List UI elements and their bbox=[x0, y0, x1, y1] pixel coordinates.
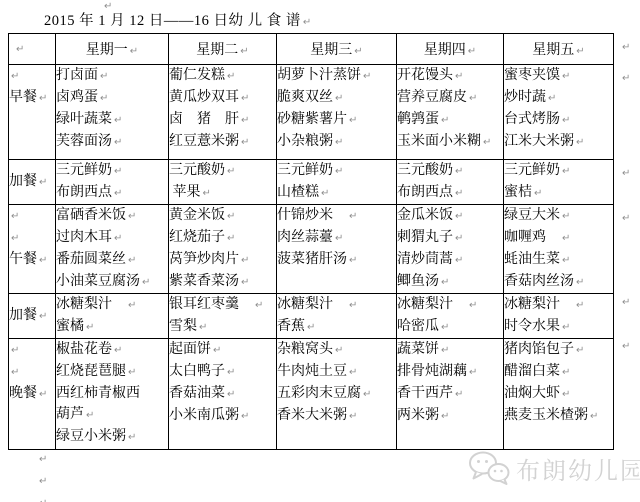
menu-line: 布朗西点↵ bbox=[397, 182, 503, 204]
watermark: 布朗幼儿园 bbox=[468, 450, 640, 486]
row-end-mark: ↵ bbox=[622, 42, 630, 53]
paragraph-mark: ↵ bbox=[227, 233, 235, 244]
menu-line-text: 蜜桔 bbox=[504, 185, 532, 200]
day-header-5: 星期五↵ bbox=[504, 34, 614, 65]
menu-line: 椒盐花卷↵ bbox=[56, 339, 168, 361]
menu-line: 卤鸡蛋↵ bbox=[56, 87, 168, 109]
menu-cell-breakfast-day2: 葡仁发糕↵黄瓜炒双耳↵卤 猪 肝↵红豆薏米粥↵ bbox=[169, 65, 277, 160]
paragraph-mark: ↵ bbox=[241, 277, 249, 288]
menu-line: 炒时蔬↵ bbox=[504, 87, 613, 109]
menu-cell-afternoon-snack-day3: 冰糖梨汁 ↵香蕉↵ bbox=[277, 294, 397, 339]
menu-line: 芙蓉面汤↵ bbox=[56, 131, 168, 153]
menu-line-text: 莴笋炒肉片 bbox=[169, 252, 239, 267]
paragraph-mark: ↵ bbox=[16, 44, 24, 55]
menu-line-text: 小杂粮粥 bbox=[277, 134, 333, 149]
paragraph-mark: ↵ bbox=[114, 137, 122, 148]
menu-line: 蜜橘↵ bbox=[56, 316, 168, 338]
menu-line: ↵ bbox=[9, 339, 55, 361]
paragraph-mark: ↵ bbox=[241, 411, 249, 422]
menu-line: 蜜桔↵ bbox=[504, 182, 613, 204]
paragraph-mark: ↵ bbox=[213, 345, 221, 356]
menu-cell-afternoon-snack-day5: 冰糖梨汁 ↵时令水果↵ bbox=[504, 294, 614, 339]
menu-line: 银耳红枣羹 ↵ bbox=[169, 294, 276, 316]
menu-line-text: 香干西芹 bbox=[397, 386, 453, 401]
menu-cell-lunch-day3: 什锦炒米 ↵肉丝蒜薹↵菠菜猪肝汤↵ bbox=[277, 205, 397, 294]
menu-line: 什锦炒米 ↵ bbox=[277, 205, 396, 227]
menu-line: 绿豆大米↵ bbox=[504, 205, 613, 227]
paragraph-mark: ↵ bbox=[86, 322, 94, 333]
menu-line-text: 黄金米饭 bbox=[169, 208, 225, 223]
meal-label-afternoon-snack: 加餐↵ bbox=[9, 294, 56, 339]
paragraph-mark: ↵ bbox=[114, 166, 122, 177]
menu-table-header: ↵星期一↵星期二↵星期三↵星期四↵星期五↵ bbox=[9, 34, 614, 65]
menu-line: 时令水果↵ bbox=[504, 316, 613, 338]
menu-line-text: 过肉木耳 bbox=[56, 230, 112, 245]
menu-line: 香菇油菜↵ bbox=[169, 383, 276, 405]
menu-line: 冰糖梨汁 ↵ bbox=[56, 294, 168, 316]
paragraph-mark: ↵ bbox=[227, 389, 235, 400]
row-end-mark: ↵ bbox=[622, 341, 630, 352]
menu-line: 早餐↵ bbox=[9, 87, 55, 109]
menu-line: 三元鲜奶↵ bbox=[277, 160, 396, 182]
menu-line-text: 加餐 bbox=[9, 308, 37, 323]
meal-label-breakfast: ↵早餐↵ bbox=[9, 65, 56, 160]
menu-cell-breakfast-day4: 开花馒头↵营养豆腐皮↵鹌鹑蛋↵玉米面小米糊↵ bbox=[397, 65, 504, 160]
paragraph-mark: ↵ bbox=[241, 137, 249, 148]
menu-table-body: ↵早餐↵打卤面↵卤鸡蛋↵绿叶蔬菜↵芙蓉面汤↵葡仁发糕↵黄瓜炒双耳↵卤 猪 肝↵红… bbox=[9, 65, 614, 450]
menu-line-text: 卤鸡蛋 bbox=[56, 90, 98, 105]
menu-cell-lunch-day2: 黄金米饭↵红烧茄子↵莴笋炒肉片↵紫菜香菜汤↵ bbox=[169, 205, 277, 294]
paragraph-mark: ↵ bbox=[562, 166, 570, 177]
paragraph-mark: ↵ bbox=[441, 411, 449, 422]
menu-line: 莴笋炒肉片↵ bbox=[169, 249, 276, 271]
menu-line: 哈密瓜↵ bbox=[397, 316, 503, 338]
paragraph-mark: ↵ bbox=[100, 93, 108, 104]
menu-cell-morning-snack-day5: 三元鲜奶↵蜜桔↵ bbox=[504, 160, 614, 205]
paragraph-mark: ↵ bbox=[469, 367, 477, 378]
paragraph-mark: ↵ bbox=[562, 389, 570, 400]
paragraph-mark: ↵ bbox=[227, 71, 235, 82]
paragraph-mark: ↵ bbox=[335, 166, 343, 177]
menu-line-text: 绿豆大米 bbox=[504, 208, 560, 223]
menu-line: ↵ bbox=[9, 205, 55, 227]
menu-line-text: 打卤面 bbox=[56, 68, 98, 83]
menu-line: 红烧琵琶腿↵ bbox=[56, 361, 168, 383]
paragraph-mark: ↵ bbox=[455, 389, 463, 400]
menu-line: 小杂粮粥↵ bbox=[277, 131, 396, 153]
paragraph-mark: ↵ bbox=[114, 233, 122, 244]
menu-line-text: 猪肉馅包子 bbox=[504, 342, 574, 357]
paragraph-mark: ↵ bbox=[349, 411, 357, 422]
paragraph-mark: ↵ bbox=[562, 233, 570, 244]
paragraph-mark: ↵ bbox=[86, 410, 94, 421]
day-header-1: 星期一↵ bbox=[56, 34, 169, 65]
meal-row-afternoon-snack: 加餐↵冰糖梨汁 ↵蜜橘↵银耳红枣羹 ↵雪梨↵冰糖梨汁 ↵香蕉↵冰糖梨汁 ↵哈密瓜… bbox=[9, 294, 614, 339]
menu-line-text: 玉米面小米糊 bbox=[397, 134, 481, 149]
menu-line: 紫菜香菜汤↵ bbox=[169, 271, 276, 293]
menu-cell-morning-snack-day1: 三元鲜奶↵布朗西点↵ bbox=[56, 160, 169, 205]
menu-cell-dinner-day1: 椒盐花卷↵红烧琵琶腿↵西红柿青椒西葫芦↵绿豆小米粥↵ bbox=[56, 339, 169, 450]
paragraph-mark: ↵ bbox=[562, 367, 570, 378]
paragraph-mark: ↵ bbox=[562, 115, 570, 126]
paragraph-mark: ↵ bbox=[455, 166, 463, 177]
paragraph-mark: ↵ bbox=[11, 367, 19, 378]
menu-line: ↵ bbox=[9, 65, 55, 87]
menu-line-text: 时令水果 bbox=[504, 319, 560, 334]
paragraph-mark: ↵ bbox=[100, 71, 108, 82]
paragraph-mark: ↵ bbox=[128, 255, 136, 266]
menu-line-text: 醋溜白菜 bbox=[504, 364, 560, 379]
meal-row-lunch: ↵↵午餐↵富硒香米饭↵过肉木耳↵番茄圆菜丝↵小油菜豆腐汤↵黄金米饭↵红烧茄子↵莴… bbox=[9, 205, 614, 294]
paragraph-mark: ↵ bbox=[468, 46, 476, 57]
menu-line: 蔬菜饼↵ bbox=[397, 339, 503, 361]
menu-line-text: 三元酸奶 bbox=[169, 163, 225, 178]
menu-line-text: 午餐 bbox=[9, 252, 37, 267]
menu-line: 开花馒头↵ bbox=[397, 65, 503, 87]
paragraph-mark: ↵ bbox=[227, 211, 235, 222]
menu-line: 冰糖梨汁 ↵ bbox=[504, 294, 613, 316]
menu-line: 西红柿青椒西 bbox=[56, 383, 168, 404]
menu-line-text: 富硒香米饭 bbox=[56, 208, 126, 223]
paragraph-mark: ↵ bbox=[241, 93, 249, 104]
menu-line: 黄金米饭↵ bbox=[169, 205, 276, 227]
day-header-row: ↵星期一↵星期二↵星期三↵星期四↵星期五↵ bbox=[9, 34, 614, 65]
row-end-mark: ↵ bbox=[622, 168, 630, 179]
menu-line: 排骨炖湖藕↵ bbox=[397, 361, 503, 383]
paragraph-mark: ↵ bbox=[128, 300, 136, 311]
menu-line: 加餐↵ bbox=[9, 305, 55, 327]
menu-line: 小米南瓜粥↵ bbox=[169, 405, 276, 427]
watermark-text: 布朗幼儿园 bbox=[516, 451, 640, 486]
menu-line: 冰糖梨汁 ↵ bbox=[397, 294, 503, 316]
paragraph-mark: ↵ bbox=[335, 345, 343, 356]
menu-line-text: 红烧茄子 bbox=[169, 230, 225, 245]
menu-line-text: 清炒茼蒿 bbox=[397, 252, 453, 267]
day-header-3: 星期三↵ bbox=[277, 34, 397, 65]
menu-line: 玉米面小米糊↵ bbox=[397, 131, 503, 153]
menu-line-text: 蔬菜饼 bbox=[397, 342, 439, 357]
paragraph-mark: ↵ bbox=[349, 367, 357, 378]
paragraph-mark: ↵ bbox=[335, 137, 343, 148]
paragraph-mark: ↵ bbox=[455, 188, 463, 199]
menu-line: 清炒茼蒿↵ bbox=[397, 249, 503, 271]
menu-cell-morning-snack-day4: 三元酸奶↵布朗西点↵ bbox=[397, 160, 504, 205]
menu-line-text: 开花馒头 bbox=[397, 68, 453, 83]
menu-line: 猪肉馅包子↵ bbox=[504, 339, 613, 361]
menu-line-text: 西红柿青椒西 bbox=[56, 386, 140, 401]
menu-line: 杂粮窝头↵ bbox=[277, 339, 396, 361]
paragraph-mark: ↵ bbox=[576, 46, 584, 57]
menu-line: 雪梨↵ bbox=[169, 316, 276, 338]
menu-line: 香蕉↵ bbox=[277, 316, 396, 338]
menu-line: 加餐↵ bbox=[9, 171, 55, 193]
menu-line-text: 绿叶蔬菜 bbox=[56, 112, 112, 127]
menu-line: 蜜枣夹馍↵ bbox=[504, 65, 613, 87]
meal-label-morning-snack: 加餐↵ bbox=[9, 160, 56, 205]
paragraph-mark: ↵ bbox=[114, 188, 122, 199]
paragraph-mark: ↵ bbox=[227, 367, 235, 378]
menu-line-text: 葡仁发糕 bbox=[169, 68, 225, 83]
menu-cell-morning-snack-day2: 三元酸奶↵ 苹果↵ bbox=[169, 160, 277, 205]
menu-cell-lunch-day4: 金瓜米饭↵刺猬丸子↵清炒茼蒿↵鲫鱼汤↵ bbox=[397, 205, 504, 294]
menu-line-text: 小油菜豆腐汤 bbox=[56, 274, 140, 289]
menu-line: 鹌鹑蛋↵ bbox=[397, 109, 503, 131]
menu-line-text: 蚝油生菜 bbox=[504, 252, 560, 267]
paragraph-mark: ↵ bbox=[335, 233, 343, 244]
menu-line-text: 三元鲜奶 bbox=[56, 163, 112, 178]
menu-line-text: 太白鸭子 bbox=[169, 364, 225, 379]
menu-line-text: 卤 猪 肝 bbox=[169, 112, 239, 127]
menu-line: 太白鸭子↵ bbox=[169, 361, 276, 383]
paragraph-mark: ↵ bbox=[354, 46, 362, 57]
menu-line-text: 椒盐花卷 bbox=[56, 342, 112, 357]
menu-cell-breakfast-day1: 打卤面↵卤鸡蛋↵绿叶蔬菜↵芙蓉面汤↵ bbox=[56, 65, 169, 160]
paragraph-mark: ↵ bbox=[562, 255, 570, 266]
menu-cell-breakfast-day5: 蜜枣夹馍↵炒时蔬↵台式烤肠↵江米大米粥↵ bbox=[504, 65, 614, 160]
menu-line: 晚餐↵ bbox=[9, 383, 55, 405]
paragraph-mark: ↵ bbox=[455, 71, 463, 82]
paragraph-mark: ↵ bbox=[363, 71, 371, 82]
menu-line-text: 红豆薏米粥 bbox=[169, 134, 239, 149]
paragraph-mark: ↵ bbox=[576, 137, 584, 148]
paragraph-mark: ↵ bbox=[455, 233, 463, 244]
paragraph-mark: ↵ bbox=[576, 277, 584, 288]
paragraph-mark: ↵ bbox=[441, 277, 449, 288]
menu-line-text: 胡萝卜汁蒸饼 bbox=[277, 68, 361, 83]
page-title: 2015 年 1 月 12 日——16 日幼 儿 食 谱↵ bbox=[44, 9, 312, 30]
menu-line-text: 红烧琵琶腿 bbox=[56, 364, 126, 379]
menu-line: 油焖大虾↵ bbox=[504, 383, 613, 405]
paragraph-mark: ↵ bbox=[349, 211, 357, 222]
paragraph-mark: ↵ bbox=[11, 233, 19, 244]
blank-paragraph-mark: ↵ bbox=[39, 498, 47, 502]
paragraph-mark: ↵ bbox=[441, 115, 449, 126]
paragraph-mark: ↵ bbox=[469, 300, 477, 311]
menu-cell-morning-snack-day3: 三元鲜奶↵山楂糕↵ bbox=[277, 160, 397, 205]
menu-line-text: 山楂糕 bbox=[277, 185, 319, 200]
menu-line: 菠菜猪肝汤↵ bbox=[277, 249, 396, 271]
menu-line-text: 香菇油菜 bbox=[169, 386, 225, 401]
paragraph-mark: ↵ bbox=[469, 93, 477, 104]
menu-line-text: 冰糖梨汁 bbox=[504, 297, 574, 312]
menu-line-text: 葫芦 bbox=[56, 407, 84, 422]
menu-line: 燕麦玉米楂粥↵ bbox=[504, 405, 613, 427]
paragraph-mark: ↵ bbox=[39, 255, 47, 266]
paragraph-mark: ↵ bbox=[241, 255, 249, 266]
paragraph-mark: ↵ bbox=[130, 46, 138, 57]
menu-line: 山楂糕↵ bbox=[277, 182, 396, 204]
corner-cell: ↵ bbox=[9, 34, 56, 65]
day-header-label: 星期二 bbox=[196, 43, 238, 58]
menu-cell-dinner-day3: 杂粮窝头↵牛肉炖土豆↵五彩肉末豆腐↵香米大米粥↵ bbox=[277, 339, 397, 450]
menu-line-text: 黄瓜炒双耳 bbox=[169, 90, 239, 105]
menu-line: 两米粥↵ bbox=[397, 405, 503, 427]
day-header-label: 星期五 bbox=[532, 43, 574, 58]
menu-line: 三元鲜奶↵ bbox=[56, 160, 168, 182]
menu-line: 葡仁发糕↵ bbox=[169, 65, 276, 87]
menu-line-text: 苹果 bbox=[169, 185, 201, 200]
day-header-label: 星期三 bbox=[310, 43, 352, 58]
row-end-mark: ↵ bbox=[622, 73, 630, 84]
paragraph-mark: ↵ bbox=[240, 46, 248, 57]
menu-line: 营养豆腐皮↵ bbox=[397, 87, 503, 109]
paragraph-mark: ↵ bbox=[562, 71, 570, 82]
paragraph-mark: ↵ bbox=[303, 17, 312, 28]
menu-line: 鲫鱼汤↵ bbox=[397, 271, 503, 293]
menu-line-text: 三元酸奶 bbox=[397, 163, 453, 178]
paragraph-mark: ↵ bbox=[307, 322, 315, 333]
meal-row-breakfast: ↵早餐↵打卤面↵卤鸡蛋↵绿叶蔬菜↵芙蓉面汤↵葡仁发糕↵黄瓜炒双耳↵卤 猪 肝↵红… bbox=[9, 65, 614, 160]
menu-line-text: 什锦炒米 bbox=[277, 208, 347, 223]
blank-paragraph-mark: ↵ bbox=[39, 454, 47, 465]
menu-line: 红豆薏米粥↵ bbox=[169, 131, 276, 153]
menu-line-text: 小米南瓜粥 bbox=[169, 408, 239, 423]
paragraph-mark: ↵ bbox=[199, 322, 207, 333]
menu-line: 牛肉炖土豆↵ bbox=[277, 361, 396, 383]
menu-line-text: 早餐 bbox=[9, 90, 37, 105]
paragraph-mark: ↵ bbox=[114, 115, 122, 126]
menu-line: 番茄圆菜丝↵ bbox=[56, 249, 168, 271]
menu-line-text: 布朗西点 bbox=[56, 185, 112, 200]
blank-paragraph-mark: ↵ bbox=[39, 476, 47, 487]
menu-line-text: 金瓜米饭 bbox=[397, 208, 453, 223]
paragraph-mark: ↵ bbox=[590, 411, 598, 422]
paragraph-mark: ↵ bbox=[11, 345, 19, 356]
paragraph-mark: ↵ bbox=[128, 432, 136, 443]
paragraph-mark: ↵ bbox=[548, 93, 556, 104]
paragraph-mark: ↵ bbox=[576, 345, 584, 356]
menu-cell-dinner-day4: 蔬菜饼↵排骨炖湖藕↵香干西芹↵两米粥↵ bbox=[397, 339, 504, 450]
menu-line: 黄瓜炒双耳↵ bbox=[169, 87, 276, 109]
menu-cell-lunch-day5: 绿豆大米↵咖喱鸡 ↵蚝油生菜↵香菇肉丝汤↵ bbox=[504, 205, 614, 294]
menu-line-text: 冰糖梨汁 bbox=[277, 297, 347, 312]
menu-line: 打卤面↵ bbox=[56, 65, 168, 87]
menu-line-text: 三元鲜奶 bbox=[504, 163, 560, 178]
row-end-mark: ↵ bbox=[622, 297, 630, 308]
page-title-text: 2015 年 1 月 12 日——16 日幼 儿 食 谱 bbox=[44, 13, 301, 29]
paragraph-mark: ↵ bbox=[39, 93, 47, 104]
menu-line-text: 蜜橘 bbox=[56, 319, 84, 334]
menu-line-text: 咖喱鸡 bbox=[504, 230, 560, 245]
menu-line: 葫芦↵ bbox=[56, 404, 168, 426]
menu-line: 卤 猪 肝↵ bbox=[169, 109, 276, 131]
menu-cell-afternoon-snack-day1: 冰糖梨汁 ↵蜜橘↵ bbox=[56, 294, 169, 339]
meal-label-lunch: ↵↵午餐↵ bbox=[9, 205, 56, 294]
paragraph-mark: ↵ bbox=[349, 115, 357, 126]
menu-cell-lunch-day1: 富硒香米饭↵过肉木耳↵番茄圆菜丝↵小油菜豆腐汤↵ bbox=[56, 205, 169, 294]
paragraph-mark: ↵ bbox=[441, 345, 449, 356]
paragraph-mark: ↵ bbox=[349, 300, 357, 311]
menu-line-text: 排骨炖湖藕 bbox=[397, 364, 467, 379]
menu-line-text: 香米大米粥 bbox=[277, 408, 347, 423]
menu-line: 绿豆小米粥↵ bbox=[56, 426, 168, 448]
paragraph-mark: ↵ bbox=[128, 211, 136, 222]
menu-line-text: 牛肉炖土豆 bbox=[277, 364, 347, 379]
paragraph-mark: ↵ bbox=[255, 300, 263, 311]
menu-line: 小油菜豆腐汤↵ bbox=[56, 271, 168, 293]
wechat-icon bbox=[468, 450, 510, 486]
document-page: ↵ 2015 年 1 月 12 日——16 日幼 儿 食 谱↵ ↵星期一↵星期二… bbox=[0, 0, 640, 502]
menu-line: 脆爽双丝↵ bbox=[277, 87, 396, 109]
menu-cell-afternoon-snack-day4: 冰糖梨汁 ↵哈密瓜↵ bbox=[397, 294, 504, 339]
menu-line: ↵ bbox=[9, 227, 55, 249]
paragraph-mark: ↵ bbox=[241, 115, 249, 126]
row-end-mark: ↵ bbox=[622, 213, 630, 224]
menu-line: 苹果↵ bbox=[169, 182, 276, 204]
menu-cell-dinner-day2: 起面饼↵太白鸭子↵香菇油菜↵小米南瓜粥↵ bbox=[169, 339, 277, 450]
paragraph-mark: ↵ bbox=[363, 389, 371, 400]
paragraph-mark: ↵ bbox=[39, 177, 47, 188]
menu-line-text: 紫菜香菜汤 bbox=[169, 274, 239, 289]
meal-label-dinner: ↵↵晚餐↵ bbox=[9, 339, 56, 450]
paragraph-mark: ↵ bbox=[39, 389, 47, 400]
menu-line: 咖喱鸡 ↵ bbox=[504, 227, 613, 249]
menu-line: 胡萝卜汁蒸饼↵ bbox=[277, 65, 396, 87]
menu-cell-afternoon-snack-day2: 银耳红枣羹 ↵雪梨↵ bbox=[169, 294, 277, 339]
menu-line-text: 五彩肉末豆腐 bbox=[277, 386, 361, 401]
day-header-2: 星期二↵ bbox=[169, 34, 277, 65]
menu-line-text: 肉丝蒜薹 bbox=[277, 230, 333, 245]
menu-line-text: 晚餐 bbox=[9, 386, 37, 401]
menu-line-text: 菠菜猪肝汤 bbox=[277, 252, 347, 267]
paragraph-mark: ↵ bbox=[227, 166, 235, 177]
menu-line: 红烧茄子↵ bbox=[169, 227, 276, 249]
menu-line-text: 雪梨 bbox=[169, 319, 197, 334]
menu-line-text: 银耳红枣羹 bbox=[169, 297, 253, 312]
menu-line: ↵ bbox=[9, 361, 55, 383]
menu-line: 香菇肉丝汤↵ bbox=[504, 271, 613, 293]
menu-line-text: 芙蓉面汤 bbox=[56, 134, 112, 149]
menu-line: 醋溜白菜↵ bbox=[504, 361, 613, 383]
paragraph-mark: ↵ bbox=[128, 367, 136, 378]
menu-line-text: 蜜枣夹馍 bbox=[504, 68, 560, 83]
menu-line: 刺猬丸子↵ bbox=[397, 227, 503, 249]
menu-line: 江米大米粥↵ bbox=[504, 131, 613, 153]
menu-line-text: 鹌鹑蛋 bbox=[397, 112, 439, 127]
menu-line-text: 炒时蔬 bbox=[504, 90, 546, 105]
menu-line-text: 杂粮窝头 bbox=[277, 342, 333, 357]
menu-line-text: 哈密瓜 bbox=[397, 319, 439, 334]
paragraph-mark: ↵ bbox=[534, 188, 542, 199]
paragraph-mark: ↵ bbox=[39, 311, 47, 322]
menu-line: 砂糖紫薯片↵ bbox=[277, 109, 396, 131]
menu-line: 台式烤肠↵ bbox=[504, 109, 613, 131]
menu-line: 三元鲜奶↵ bbox=[504, 160, 613, 182]
meal-row-morning-snack: 加餐↵三元鲜奶↵布朗西点↵三元酸奶↵ 苹果↵三元鲜奶↵山楂糕↵三元酸奶↵布朗西点… bbox=[9, 160, 614, 205]
menu-line: 香干西芹↵ bbox=[397, 383, 503, 405]
menu-line-text: 三元鲜奶 bbox=[277, 163, 333, 178]
menu-line-text: 布朗西点 bbox=[397, 185, 453, 200]
menu-line-text: 鲫鱼汤 bbox=[397, 274, 439, 289]
menu-line-text: 起面饼 bbox=[169, 342, 211, 357]
menu-line: 富硒香米饭↵ bbox=[56, 205, 168, 227]
paragraph-mark: ↵ bbox=[142, 277, 150, 288]
menu-line: 三元酸奶↵ bbox=[397, 160, 503, 182]
menu-line-text: 砂糖紫薯片 bbox=[277, 112, 347, 127]
paragraph-mark: ↵ bbox=[335, 93, 343, 104]
menu-line-text: 油焖大虾 bbox=[504, 386, 560, 401]
menu-table: ↵星期一↵星期二↵星期三↵星期四↵星期五↵ ↵早餐↵打卤面↵卤鸡蛋↵绿叶蔬菜↵芙… bbox=[8, 33, 614, 450]
paragraph-mark: ↵ bbox=[455, 211, 463, 222]
day-header-4: 星期四↵ bbox=[397, 34, 504, 65]
menu-line-text: 刺猬丸子 bbox=[397, 230, 453, 245]
menu-cell-breakfast-day3: 胡萝卜汁蒸饼↵脆爽双丝↵砂糖紫薯片↵小杂粮粥↵ bbox=[277, 65, 397, 160]
menu-line-text: 营养豆腐皮 bbox=[397, 90, 467, 105]
paragraph-mark: ↵ bbox=[11, 211, 19, 222]
paragraph-mark: ↵ bbox=[321, 188, 329, 199]
menu-line: 起面饼↵ bbox=[169, 339, 276, 361]
menu-line: 过肉木耳↵ bbox=[56, 227, 168, 249]
